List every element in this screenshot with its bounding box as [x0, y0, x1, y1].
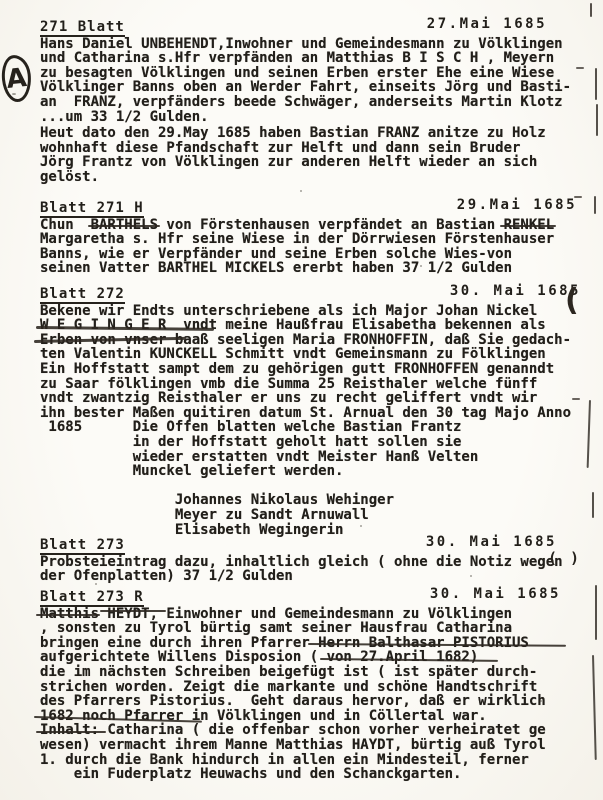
margin-stroke [592, 492, 594, 518]
margin-stroke [595, 585, 597, 640]
register-entry-continuation: Heut dato den 29.May 1685 haben Bastian … [40, 126, 585, 184]
margin-stroke [595, 68, 597, 100]
entry-heading: Blatt 271 H [40, 201, 144, 218]
entry-heading: 271 Blatt [40, 20, 125, 37]
pen-underline-heydt [100, 610, 166, 612]
register-entry-273r: Blatt 273 R 30. Mai 1685 Matthis HEYDT, … [40, 586, 585, 782]
entry-body: Heut dato den 29.May 1685 haben Bastian … [40, 126, 585, 184]
margin-dash [576, 67, 584, 69]
scanned-register-page: 271 Blatt 27.Mai 1685 Hans Daniel UNBEHE… [0, 0, 603, 800]
entry-date: 29.Mai 1685 [457, 197, 577, 213]
scan-speck [540, 700, 542, 702]
entry-body: Hans Daniel UNBEHENDT,Inwohner und Gemei… [40, 37, 585, 125]
empty-parens-mark: ( ) [548, 549, 581, 567]
entry-heading: Blatt 272 [40, 287, 125, 304]
register-entry-272: Blatt 272 30. Mai 1685 Bekene wir Endts … [40, 283, 585, 537]
margin-stroke [590, 3, 592, 17]
entry-date: 30. Mai 1685 [426, 534, 557, 550]
entry-date: 30. Mai 1685 [450, 283, 581, 299]
scan-speck [360, 525, 362, 527]
pen-underline-renkel [500, 225, 556, 227]
scan-speck [300, 190, 302, 192]
register-entry-273: Blatt 273 30. Mai 1685 Probsteieintrag d… [40, 534, 585, 584]
circled-letter-text: A [5, 63, 28, 95]
margin-stroke [587, 400, 591, 468]
pen-paren-annotation: ( [565, 286, 579, 316]
register-entry-271: 271 Blatt 27.Mai 1685 Hans Daniel UNBEHE… [40, 16, 585, 124]
margin-dash [572, 398, 580, 400]
pen-underline-matthis [36, 614, 100, 616]
entry-date: 30. Mai 1685 [430, 586, 561, 602]
scan-speck [95, 583, 97, 585]
margin-stroke [596, 104, 598, 136]
scan-speck [135, 120, 137, 122]
margin-stroke [594, 196, 596, 214]
margin-dash [574, 196, 582, 198]
entry-heading: Blatt 273 R [40, 590, 144, 607]
scan-speck [12, 93, 16, 95]
entry-date: 27.Mai 1685 [427, 16, 547, 32]
entry-body: Probsteieintrag dazu, inhaltlich gleich … [40, 555, 585, 584]
entry-heading: Blatt 273 [40, 538, 125, 555]
register-entry-271h: Blatt 271 H 29.Mai 1685 Chun BARTHELS vo… [40, 197, 585, 276]
pen-underline-inhalt [36, 731, 106, 733]
scan-speck [470, 575, 472, 577]
margin-stroke [592, 655, 597, 760]
entry-body: Matthis HEYDT, Einwohner und Gemeindesma… [40, 607, 585, 782]
circled-letter-annotation: A [0, 54, 33, 104]
pen-underline-barthels [88, 225, 160, 227]
scan-speck [420, 265, 422, 267]
